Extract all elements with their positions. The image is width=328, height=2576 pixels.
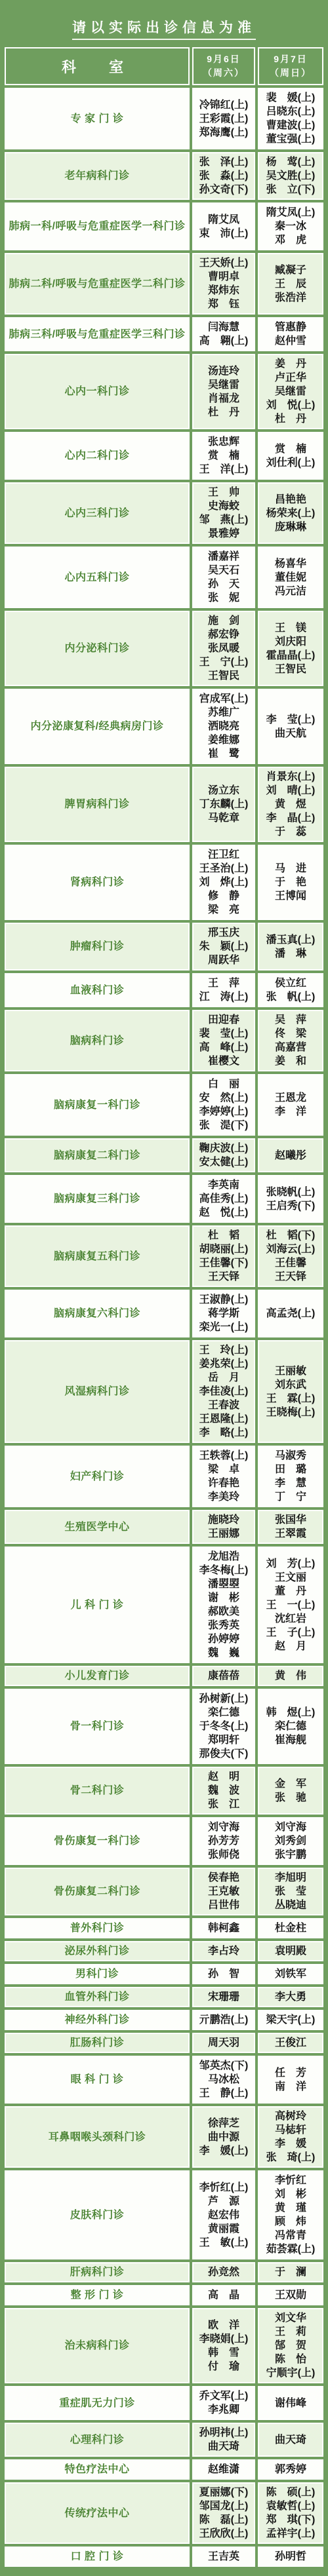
dept-cell: 皮肤科门诊 bbox=[5, 2170, 190, 2259]
doctor-name: 王 镁 bbox=[259, 621, 322, 635]
doctor-name: 胡晓丽(上) bbox=[194, 1242, 254, 1256]
schedule-cell-day2: 姜 丹卢正华吴继雷刘 悦(上)杜 丹 bbox=[258, 354, 323, 429]
table-row: 口 腔 门 诊王吉英孙明哲 bbox=[5, 2547, 323, 2567]
doctor-name: 李 媛(上) bbox=[194, 2144, 254, 2158]
schedule-cell-day2: 于 澜 bbox=[258, 2262, 323, 2282]
table-row: 整 形 门 诊高 晶王双勋 bbox=[5, 2285, 323, 2305]
doctor-name: 杨喜华 bbox=[259, 557, 322, 571]
doctor-name: 李大勇 bbox=[259, 1990, 322, 2004]
doctor-name: 顾 炜 bbox=[259, 2215, 322, 2229]
doctor-name: 沈红岩 bbox=[259, 1612, 322, 1626]
schedule-cell-day2: 谢伟峰 bbox=[258, 2386, 323, 2420]
schedule-cell-day2: 马 进于 艳王博闻 bbox=[258, 845, 323, 920]
doctor-name: 付 瑜 bbox=[194, 2360, 254, 2374]
doctor-name: 宁顺宇(上) bbox=[259, 2366, 322, 2380]
schedule-cell-day1: 徐萍芝曲中源李 媛(上) bbox=[192, 2106, 255, 2168]
doctor-name: 张 淼(上) bbox=[194, 169, 254, 183]
doctor-name: 王智民 bbox=[259, 663, 322, 676]
doctor-name: 陈 磊(上) bbox=[194, 2513, 254, 2527]
dept-cell: 男科门诊 bbox=[5, 1964, 190, 1984]
doctor-name: 杜 韬(下) bbox=[259, 1229, 322, 1242]
doctor-name: 高佳秀(上) bbox=[194, 1192, 254, 1206]
table-row: 脑病康复六科门诊王淑静(上)蒋学斯栾光一(上)高孟尧(上) bbox=[5, 1290, 323, 1337]
schedule-cell-day1: 田迎春裴 莹(上)高 峰(上)崔樱文 bbox=[192, 1010, 255, 1071]
doctor-name: 洒晓亮 bbox=[194, 720, 254, 733]
table-row: 血液科门诊王 萍江 涛(上)侯立红张 帆(上) bbox=[5, 973, 323, 1007]
table-row: 骨一科门诊孙树新(上)栾仁德于冬冬(上)郑明轩那俊夫(下)韩 煜(上)栾仁德崔海… bbox=[5, 1689, 323, 1764]
doctor-name: 王博闻 bbox=[259, 889, 322, 903]
doctor-name: 李 略(上) bbox=[194, 1426, 254, 1440]
dept-cell: 小儿发育门诊 bbox=[5, 1666, 190, 1686]
schedule-cell-day2: 管惠静赵仲雪 bbox=[258, 317, 323, 351]
doctor-name: 朱 颖(上) bbox=[194, 940, 254, 953]
schedule-cell-day2: 刘铁军 bbox=[258, 1964, 323, 1984]
table-row: 骨伤康复二科门诊侯春艳王克敏吕世伟李旭明张 莹丛晓迪 bbox=[5, 1868, 323, 1915]
doctor-name: 郝宏铮 bbox=[194, 628, 254, 642]
schedule-cell-day1: 孙竞然 bbox=[192, 2262, 255, 2282]
schedule-cell-day2: 陈 硕(上)袁敏哲(上)郑 琪(下)孟祥宇(上) bbox=[258, 2482, 323, 2544]
doctor-name: 王佳馨(下) bbox=[194, 1256, 254, 1270]
doctor-name: 丁东麟(上) bbox=[194, 798, 254, 811]
doctor-name: 姜 和 bbox=[259, 1054, 322, 1068]
doctor-name: 冯元洁 bbox=[259, 585, 322, 598]
table-row: 脑病康复一科门诊白 丽安 然(上)李婷婷(上)张 湜(下)王恩龙李 洋 bbox=[5, 1074, 323, 1136]
doctor-name: 杜 丹 bbox=[194, 406, 254, 419]
schedule-cell-day2: 裴 媛(上)吕晓东(上)曹建波(上)董宝强(上) bbox=[258, 88, 323, 149]
doctor-name: 邢玉庆 bbox=[194, 926, 254, 940]
doctor-name: 孙文奇(下) bbox=[194, 183, 254, 197]
schedule-table-head: 科 室 9月6日 （周六） 9月7日 （周日） bbox=[5, 47, 323, 85]
weekday-sunday: （周日） bbox=[259, 66, 322, 80]
doctor-name: 孟祥宇(上) bbox=[259, 2527, 322, 2541]
doctor-name: 王天娇(上) bbox=[194, 256, 254, 270]
doctor-name: 张国华 bbox=[259, 1513, 322, 1527]
doctor-name: 束 沛(上) bbox=[194, 227, 254, 240]
doctor-name: 吴继雷 bbox=[194, 378, 254, 392]
doctor-name: 吴文胜(上) bbox=[259, 169, 322, 183]
doctor-name: 汤立东 bbox=[194, 784, 254, 798]
schedule-cell-day2: 李旭明张 莹丛晓迪 bbox=[258, 1868, 323, 1915]
doctor-name: 李美玲 bbox=[194, 1490, 254, 1504]
schedule-cell-day2: 侯立红张 帆(上) bbox=[258, 973, 323, 1007]
schedule-cell-day1: 隋艾凤束 沛(上) bbox=[192, 202, 255, 250]
doctor-name: 赵维潇 bbox=[194, 2463, 254, 2476]
dept-cell: 特色疗法中心 bbox=[5, 2459, 190, 2480]
table-row: 肾病科门诊汪卫红王圣治(上)刘 烨(上)修 静梁 亮马 进于 艳王博闻 bbox=[5, 845, 323, 920]
doctor-name: 庞琳琳 bbox=[259, 520, 322, 534]
doctor-name: 黄丽霞 bbox=[194, 2222, 254, 2236]
doctor-name: 王晓梅(上) bbox=[259, 1406, 322, 1419]
doctor-name: 陈 硕(上) bbox=[259, 2486, 322, 2499]
doctor-name: 刘铁军 bbox=[259, 1967, 322, 1981]
schedule-cell-day2: 王丽敏刘东武王 霖(上)王晓梅(上) bbox=[258, 1340, 323, 1443]
schedule-cell-day1: 施晓玲王丽娜 bbox=[192, 1510, 255, 1544]
doctor-name: 李兆卿 bbox=[194, 2403, 254, 2417]
table-row: 肺病二科/呼吸与危重症医学二科门诊王天娇(上)曹明卓郑炜东郑 钰臧凝子王 辰张浩… bbox=[5, 253, 323, 315]
doctor-name: 李冬梅(上) bbox=[194, 1564, 254, 1577]
schedule-cell-day1: 亓鹏浩(上) bbox=[192, 2010, 255, 2030]
doctor-name: 王 霖(上) bbox=[259, 1392, 322, 1406]
doctor-name: 刘海云(上) bbox=[259, 1242, 322, 1256]
schedule-cell-day2: 梁天宇(上) bbox=[258, 2010, 323, 2030]
doctor-name: 冯常青 bbox=[259, 2229, 322, 2242]
doctor-name: 孙 天 bbox=[194, 577, 254, 591]
schedule-cell-day2: 吴 萍佟 梁高嘉营姜 和 bbox=[258, 1010, 323, 1071]
schedule-cell-day1: 杜 韬胡晓丽(上)王佳馨(下)王天铎 bbox=[192, 1225, 255, 1287]
doctor-name: 赏 楠 bbox=[194, 449, 254, 463]
table-row: 血管外科门诊宋珊珊李大勇 bbox=[5, 1987, 323, 2007]
doctor-name: 曹建波(上) bbox=[259, 119, 322, 132]
doctor-name: 曲天航 bbox=[259, 727, 322, 740]
table-row: 生殖医学中心施晓玲王丽娜张国华王翠霞 bbox=[5, 1510, 323, 1544]
schedule-cell-day1: 王 帅史海蛟邹 燕(上)景雅婷 bbox=[192, 482, 255, 544]
doctor-name: 王丽娜 bbox=[194, 1527, 254, 1541]
doctor-name: 张秀英 bbox=[194, 1619, 254, 1632]
doctor-name: 李 洋 bbox=[259, 1105, 322, 1119]
doctor-name: 王 一(上) bbox=[259, 1598, 322, 1612]
doctor-name: 张忠辉 bbox=[194, 435, 254, 449]
doctor-name: 陈 怡 bbox=[259, 2353, 322, 2366]
doctor-name: 张 琦(上) bbox=[259, 2151, 322, 2164]
schedule-cell-day1: 汤立东丁东麟(上)马乾章 bbox=[192, 767, 255, 842]
table-row: 肛肠科门诊周天羽王俊江 bbox=[5, 2033, 323, 2053]
doctor-name: 王 辰 bbox=[259, 277, 322, 291]
dept-cell: 肝病科门诊 bbox=[5, 2262, 190, 2282]
doctor-name: 张 立(下) bbox=[259, 183, 322, 197]
schedule-cell-day1: 康蓓蓓 bbox=[192, 1666, 255, 1686]
doctor-name: 李英南 bbox=[194, 1178, 254, 1192]
schedule-cell-day2: 刘守海刘秀剑张宇鹏 bbox=[258, 1817, 323, 1865]
table-row: 肿瘤科门诊邢玉庆朱 颖(上)周跃华潘玉真(上)潘 琳 bbox=[5, 923, 323, 971]
schedule-cell-day1: 刘守海孙芳芳张师侥 bbox=[192, 1817, 255, 1865]
doctor-name: 张 湜(下) bbox=[194, 1119, 254, 1132]
schedule-cell-day1: 韩柯鑫 bbox=[192, 1918, 255, 1938]
schedule-cell-day2: 杨喜华董佳妮冯元洁 bbox=[258, 547, 323, 608]
table-row: 重症肌无力门诊乔文军(上)李兆卿谢伟峰 bbox=[5, 2386, 323, 2420]
doctor-name: 李 慧 bbox=[259, 1476, 322, 1490]
schedule-cell-day1: 鞠庆波(上)安太健(上) bbox=[192, 1138, 255, 1172]
weekday-saturday: （周六） bbox=[194, 66, 254, 80]
doctor-name: 刘秀剑 bbox=[259, 1834, 322, 1848]
doctor-name: 李旭明 bbox=[259, 1871, 322, 1885]
doctor-name: 梁 卓 bbox=[194, 1463, 254, 1476]
schedule-cell-day1: 高 晶 bbox=[192, 2285, 255, 2305]
date-sunday: 9月7日 bbox=[259, 52, 322, 66]
doctor-name: 郑 钰 bbox=[194, 298, 254, 311]
doctor-name: 夏丽娜(下) bbox=[194, 2486, 254, 2499]
table-row: 小儿发育门诊康蓓蓓黄 伟 bbox=[5, 1666, 323, 1686]
dept-cell: 血管外科门诊 bbox=[5, 1987, 190, 2007]
doctor-name: 郑 琪(下) bbox=[259, 2513, 322, 2527]
table-row: 风湿病科门诊王 玲(上)姜兆荣(上)岳 月李佳凌(上)王春波王恩隆(上)李 略(… bbox=[5, 1340, 323, 1443]
doctor-name: 刘守海 bbox=[194, 1820, 254, 1834]
dept-cell: 肾病科门诊 bbox=[5, 845, 190, 920]
schedule-cell-day2: 李忻红刘 彬黄 瑾顾 炜冯常青茹荟霖(上) bbox=[258, 2170, 323, 2259]
doctor-name: 王启秀(下) bbox=[259, 1199, 322, 1213]
doctor-name: 于 艳 bbox=[259, 875, 322, 889]
doctor-name: 龙旭浩 bbox=[194, 1550, 254, 1564]
schedule-page: 请以实际出诊信息为准 科 室 9月6日 （周六） 9月7日 （周日） 专 家 门… bbox=[0, 0, 328, 2569]
schedule-cell-day1: 侯春艳王克敏吕世伟 bbox=[192, 1868, 255, 1915]
table-row: 心内三科门诊王 帅史海蛟邹 燕(上)景雅婷昌艳艳杨荣来(上)庞琳琳 bbox=[5, 482, 323, 544]
doctor-name: 李 莹(上) bbox=[259, 713, 322, 727]
doctor-name: 张 泽(上) bbox=[194, 155, 254, 169]
schedule-cell-day2: 李大勇 bbox=[258, 1987, 323, 2007]
doctor-name: 李 晶(上) bbox=[259, 811, 322, 825]
doctor-name: 董宝强(上) bbox=[259, 132, 322, 146]
schedule-cell-day1: 孙明祎(上)曲天琦 bbox=[192, 2423, 255, 2457]
doctor-name: 杨 莺(上) bbox=[259, 155, 322, 169]
doctor-name: 吴继雷 bbox=[259, 385, 322, 398]
doctor-name: 郑炜东 bbox=[194, 284, 254, 298]
table-row: 皮肤科门诊李忻红(上)芦 源赵宏伟黄丽霞王 敏(上)李忻红刘 彬黄 瑾顾 炜冯常… bbox=[5, 2170, 323, 2259]
schedule-cell-day1: 李占玲 bbox=[192, 1941, 255, 1961]
doctor-name: 栾仁德 bbox=[194, 1706, 254, 1720]
doctor-name: 王 敏(上) bbox=[194, 2236, 254, 2250]
doctor-name: 霍晶晶(上) bbox=[259, 649, 322, 663]
doctor-name: 栾光一(上) bbox=[194, 1320, 254, 1334]
doctor-name: 高 峰(上) bbox=[194, 1041, 254, 1054]
dept-cell: 骨伤康复一科门诊 bbox=[5, 1817, 190, 1865]
dept-cell: 心内二科门诊 bbox=[5, 432, 190, 480]
doctor-name: 安 然(上) bbox=[194, 1091, 254, 1105]
table-row: 心理科门诊孙明祎(上)曲天琦曲天琦 bbox=[5, 2423, 323, 2457]
schedule-cell-day1: 赵 明魏 波张 江 bbox=[192, 1767, 255, 1815]
doctor-name: 那俊夫(下) bbox=[194, 1747, 254, 1761]
schedule-cell-day1: 王淑静(上)蒋学斯栾光一(上) bbox=[192, 1290, 255, 1337]
schedule-cell-day2: 肖景东(上)刘 晴(上)黄 煜李 晶(上)于 蕊 bbox=[258, 767, 323, 842]
doctor-name: 汤连玲 bbox=[194, 364, 254, 378]
doctor-name: 刘 晴(上) bbox=[259, 784, 322, 798]
doctor-name: 姜兆荣(上) bbox=[194, 1357, 254, 1371]
doctor-name: 王天铎 bbox=[194, 1270, 254, 1284]
doctor-name: 王 静(上) bbox=[194, 2086, 254, 2100]
dept-cell: 生殖医学中心 bbox=[5, 1510, 190, 1544]
doctor-name: 王轶蓉(上) bbox=[194, 1449, 254, 1463]
doctor-name: 梁 亮 bbox=[194, 903, 254, 917]
doctor-name: 汪卫红 bbox=[194, 848, 254, 862]
doctor-name: 刘庆阳 bbox=[259, 635, 322, 649]
doctor-name: 孙明祎(上) bbox=[194, 2426, 254, 2440]
table-row: 肺病三科/呼吸与危重症医学三科门诊闫海慧高 翱(上)管惠静赵仲雪 bbox=[5, 317, 323, 351]
schedule-cell-day2: 任 芳南 洋 bbox=[258, 2056, 323, 2104]
schedule-cell-day2: 杜金柱 bbox=[258, 1918, 323, 1938]
doctor-name: 张浩洋 bbox=[259, 291, 322, 305]
doctor-name: 赵曦彤 bbox=[259, 1149, 322, 1163]
doctor-name: 王 萍 bbox=[194, 976, 254, 990]
doctor-name: 管惠静 bbox=[259, 320, 322, 334]
schedule-cell-day2: 孙明哲 bbox=[258, 2547, 323, 2567]
doctor-name: 孙竞然 bbox=[194, 2265, 254, 2279]
dept-cell: 耳鼻咽喉头颈科门诊 bbox=[5, 2106, 190, 2168]
doctor-name: 康蓓蓓 bbox=[194, 1669, 254, 1683]
dept-cell: 心内五科门诊 bbox=[5, 547, 190, 608]
doctor-name: 李占玲 bbox=[194, 1944, 254, 1958]
doctor-name: 鞠庆波(上) bbox=[194, 1142, 254, 1155]
schedule-cell-day1: 白 丽安 然(上)李婷婷(上)张 湜(下) bbox=[192, 1074, 255, 1136]
schedule-cell-day2: 王俊江 bbox=[258, 2033, 323, 2053]
doctor-name: 马梽轩 bbox=[259, 2123, 322, 2137]
doctor-name: 张宇鹏 bbox=[259, 1848, 322, 1862]
doctor-name: 孙树新(上) bbox=[194, 1692, 254, 1706]
doctor-name: 韩 煜(上) bbox=[259, 1706, 322, 1720]
doctor-name: 张晓帆(上) bbox=[259, 1185, 322, 1199]
doctor-name: 黄 瑾 bbox=[259, 2201, 322, 2215]
schedule-cell-day2: 曲天琦 bbox=[258, 2423, 323, 2457]
doctor-name: 张 驰 bbox=[259, 1791, 322, 1805]
doctor-name: 王圣治(上) bbox=[194, 862, 254, 875]
dept-cell: 眼 科 门 诊 bbox=[5, 2056, 190, 2104]
schedule-cell-day1: 王吉英 bbox=[192, 2547, 255, 2567]
date-column-header-sunday: 9月7日 （周日） bbox=[258, 47, 323, 85]
schedule-cell-day1: 龙旭浩李冬梅(上)潘曌曌谢 彬郝欧美张秀英孙婷婷魏 巍 bbox=[192, 1547, 255, 1663]
doctor-name: 高孟尧(上) bbox=[259, 1307, 322, 1320]
doctor-name: 赵 明 bbox=[194, 1770, 254, 1784]
doctor-name: 李忻红 bbox=[259, 2174, 322, 2187]
schedule-cell-day1: 孙 智 bbox=[192, 1964, 255, 1984]
table-row: 骨伤康复一科门诊刘守海孙芳芳张师侥刘守海刘秀剑张宇鹏 bbox=[5, 1817, 323, 1865]
doctor-name: 孙芳芳 bbox=[194, 1834, 254, 1848]
table-row: 肝病科门诊孙竞然于 澜 bbox=[5, 2262, 323, 2282]
doctor-name: 修 静 bbox=[194, 889, 254, 903]
date-column-header-saturday: 9月6日 （周六） bbox=[192, 47, 255, 85]
doctor-name: 王欣欣(上) bbox=[194, 2527, 254, 2541]
doctor-name: 苏维广 bbox=[194, 706, 254, 720]
dept-cell: 儿 科 门 诊 bbox=[5, 1547, 190, 1663]
doctor-name: 赵 月 bbox=[259, 1640, 322, 1653]
date-saturday: 9月6日 bbox=[194, 52, 254, 66]
doctor-name: 周天羽 bbox=[194, 2036, 254, 2050]
doctor-name: 王 帅 bbox=[194, 486, 254, 499]
doctor-name: 南 洋 bbox=[259, 2080, 322, 2094]
doctor-name: 马乾章 bbox=[194, 811, 254, 825]
table-row: 脑病康复五科门诊杜 韬胡晓丽(上)王佳馨(下)王天铎杜 韬(下)刘海云(上)王佳… bbox=[5, 1225, 323, 1287]
doctor-name: 王智民 bbox=[194, 669, 254, 683]
doctor-name: 王天铎 bbox=[259, 1270, 322, 1284]
doctor-name: 王佳馨 bbox=[259, 1256, 322, 1270]
doctor-name: 邹国龙(上) bbox=[194, 2499, 254, 2513]
doctor-name: 任 芳 bbox=[259, 2066, 322, 2080]
schedule-cell-day1: 邹英杰(下)马冰松王 静(上) bbox=[192, 2056, 255, 2104]
dept-cell: 脑病康复五科门诊 bbox=[5, 1225, 190, 1287]
table-row: 老年病科门诊张 泽(上)张 淼(上)孙文奇(下)杨 莺(上)吴文胜(上)张 立(… bbox=[5, 152, 323, 200]
schedule-cell-day2: 马淑秀田 璐李 慧丁 宁 bbox=[258, 1446, 323, 1507]
doctor-name: 袁明殿 bbox=[259, 1944, 322, 1958]
doctor-name: 金 军 bbox=[259, 1777, 322, 1791]
doctor-name: 闫海慧 bbox=[194, 320, 254, 334]
dept-cell: 肛肠科门诊 bbox=[5, 2033, 190, 2053]
table-row: 内分泌科门诊施 剑郝宏铮张凤暖王 宁(上)王智民王 镁刘庆阳霍晶晶(上)王智民 bbox=[5, 611, 323, 686]
doctor-name: 张凤暖 bbox=[194, 642, 254, 655]
schedule-cell-day2: 赏 楠刘仕利(上) bbox=[258, 432, 323, 480]
doctor-name: 王俊江 bbox=[259, 2036, 322, 2050]
doctor-name: 施 剑 bbox=[194, 614, 254, 628]
schedule-cell-day1: 孙树新(上)栾仁德于冬冬(上)郑明轩那俊夫(下) bbox=[192, 1689, 255, 1764]
table-row: 肺病一科/呼吸与危重症医学一科门诊隋艾凤束 沛(上)隋艾凤(上)秦一冰邓 虎 bbox=[5, 202, 323, 250]
doctor-name: 侯春艳 bbox=[194, 1871, 254, 1885]
schedule-cell-day2: 李 莹(上)曲天航 bbox=[258, 689, 323, 764]
schedule-cell-day1: 张忠辉赏 楠王 洋(上) bbox=[192, 432, 255, 480]
doctor-name: 芦 源 bbox=[194, 2195, 254, 2208]
table-row: 脑病康复二科门诊鞠庆波(上)安太健(上)赵曦彤 bbox=[5, 1138, 323, 1172]
doctor-name: 刘 彬 bbox=[259, 2187, 322, 2201]
dept-cell: 肺病三科/呼吸与危重症医学三科门诊 bbox=[5, 317, 190, 351]
schedule-cell-day2: 王恩龙李 洋 bbox=[258, 1074, 323, 1136]
doctor-name: 宫成军(上) bbox=[194, 692, 254, 706]
doctor-name: 肖福龙 bbox=[194, 392, 254, 406]
doctor-name: 马冰松 bbox=[194, 2073, 254, 2086]
schedule-cell-day1: 汤连玲吴继雷肖福龙杜 丹 bbox=[192, 354, 255, 429]
doctor-name: 曲中源 bbox=[194, 2130, 254, 2144]
doctor-name: 高嘉营 bbox=[259, 1041, 322, 1054]
doctor-name: 许春艳 bbox=[194, 1476, 254, 1490]
dept-cell: 专 家 门 诊 bbox=[5, 88, 190, 149]
schedule-cell-day2: 刘 芳(上)王文丽董 丹王 一(上)沈红岩王 子(上)赵 月 bbox=[258, 1547, 323, 1663]
schedule-cell-day2: 袁明殿 bbox=[258, 1941, 323, 1961]
doctor-name: 刘 悦(上) bbox=[259, 398, 322, 412]
page-title: 请以实际出诊信息为准 bbox=[0, 0, 328, 45]
schedule-cell-day2: 王 镁刘庆阳霍晶晶(上)王智民 bbox=[258, 611, 323, 686]
doctor-name: 丛晓迪 bbox=[259, 1898, 322, 1912]
doctor-name: 曲天琦 bbox=[259, 2433, 322, 2447]
doctor-name: 王克敏 bbox=[194, 1885, 254, 1898]
schedule-cell-day1: 周天羽 bbox=[192, 2033, 255, 2053]
doctor-name: 臧凝子 bbox=[259, 263, 322, 277]
doctor-name: 韩 雪 bbox=[194, 2346, 254, 2360]
doctor-name: 张师侥 bbox=[194, 1848, 254, 1862]
doctor-name: 于冬冬(上) bbox=[194, 1720, 254, 1733]
schedule-cell-day1: 汪卫红王圣治(上)刘 烨(上)修 静梁 亮 bbox=[192, 845, 255, 920]
doctor-name: 崔海舰 bbox=[259, 1733, 322, 1747]
table-row: 男科门诊孙 智刘铁军 bbox=[5, 1964, 323, 1984]
doctor-name: 白 丽 bbox=[194, 1077, 254, 1091]
doctor-name: 李 媛 bbox=[259, 2137, 322, 2151]
table-row: 心内一科门诊汤连玲吴继雷肖福龙杜 丹姜 丹卢正华吴继雷刘 悦(上)杜 丹 bbox=[5, 354, 323, 429]
schedule-cell-day2: 昌艳艳杨荣来(上)庞琳琳 bbox=[258, 482, 323, 544]
schedule-cell-day2: 韩 煜(上)栾仁德崔海舰 bbox=[258, 1689, 323, 1764]
schedule-cell-day2: 黄 伟 bbox=[258, 1666, 323, 1686]
doctor-name: 赵仲雪 bbox=[259, 334, 322, 348]
schedule-cell-day1: 邢玉庆朱 颖(上)周跃华 bbox=[192, 923, 255, 971]
header-row: 科 室 9月6日 （周六） 9月7日 （周日） bbox=[5, 47, 323, 85]
doctor-name: 江 涛(上) bbox=[194, 990, 254, 1004]
schedule-cell-day2: 杨 莺(上)吴文胜(上)张 立(下) bbox=[258, 152, 323, 200]
doctor-name: 邹 燕(上) bbox=[194, 513, 254, 527]
doctor-name: 董 丹 bbox=[259, 1585, 322, 1598]
dept-cell: 普外科门诊 bbox=[5, 1918, 190, 1938]
doctor-name: 孙明哲 bbox=[259, 2550, 322, 2564]
doctor-name: 隋艾凤(上) bbox=[259, 206, 322, 220]
doctor-name: 王翠霞 bbox=[259, 1527, 322, 1541]
doctor-name: 赏 楠 bbox=[259, 442, 322, 456]
table-row: 神经外科门诊亓鹏浩(上)梁天宇(上) bbox=[5, 2010, 323, 2030]
doctor-name: 王丽敏 bbox=[259, 1364, 322, 1378]
doctor-name: 周跃华 bbox=[194, 953, 254, 967]
doctor-name: 邹英杰(下) bbox=[194, 2059, 254, 2073]
doctor-name: 茹荟霖(上) bbox=[259, 2242, 322, 2256]
table-row: 普外科门诊韩柯鑫杜金柱 bbox=[5, 1918, 323, 1938]
doctor-name: 郜 贺 bbox=[259, 2339, 322, 2353]
doctor-name: 昌艳艳 bbox=[259, 493, 322, 507]
dept-cell: 脑病康复三科门诊 bbox=[5, 1175, 190, 1223]
schedule-cell-day1: 宫成军(上)苏维广洒晓亮姜维娜崔 鹭 bbox=[192, 689, 255, 764]
doctor-name: 崔 鹭 bbox=[194, 747, 254, 761]
doctor-name: 于 澜 bbox=[259, 2265, 322, 2279]
schedule-table-body: 专 家 门 诊冷锦红(上)王彩霞(上)郑海鹰(上)裴 媛(上)吕晓东(上)曹建波… bbox=[5, 88, 323, 2567]
doctor-name: 岳 月 bbox=[194, 1371, 254, 1385]
doctor-name: 姜 丹 bbox=[259, 357, 322, 371]
doctor-name: 王恩隆(上) bbox=[194, 1412, 254, 1426]
